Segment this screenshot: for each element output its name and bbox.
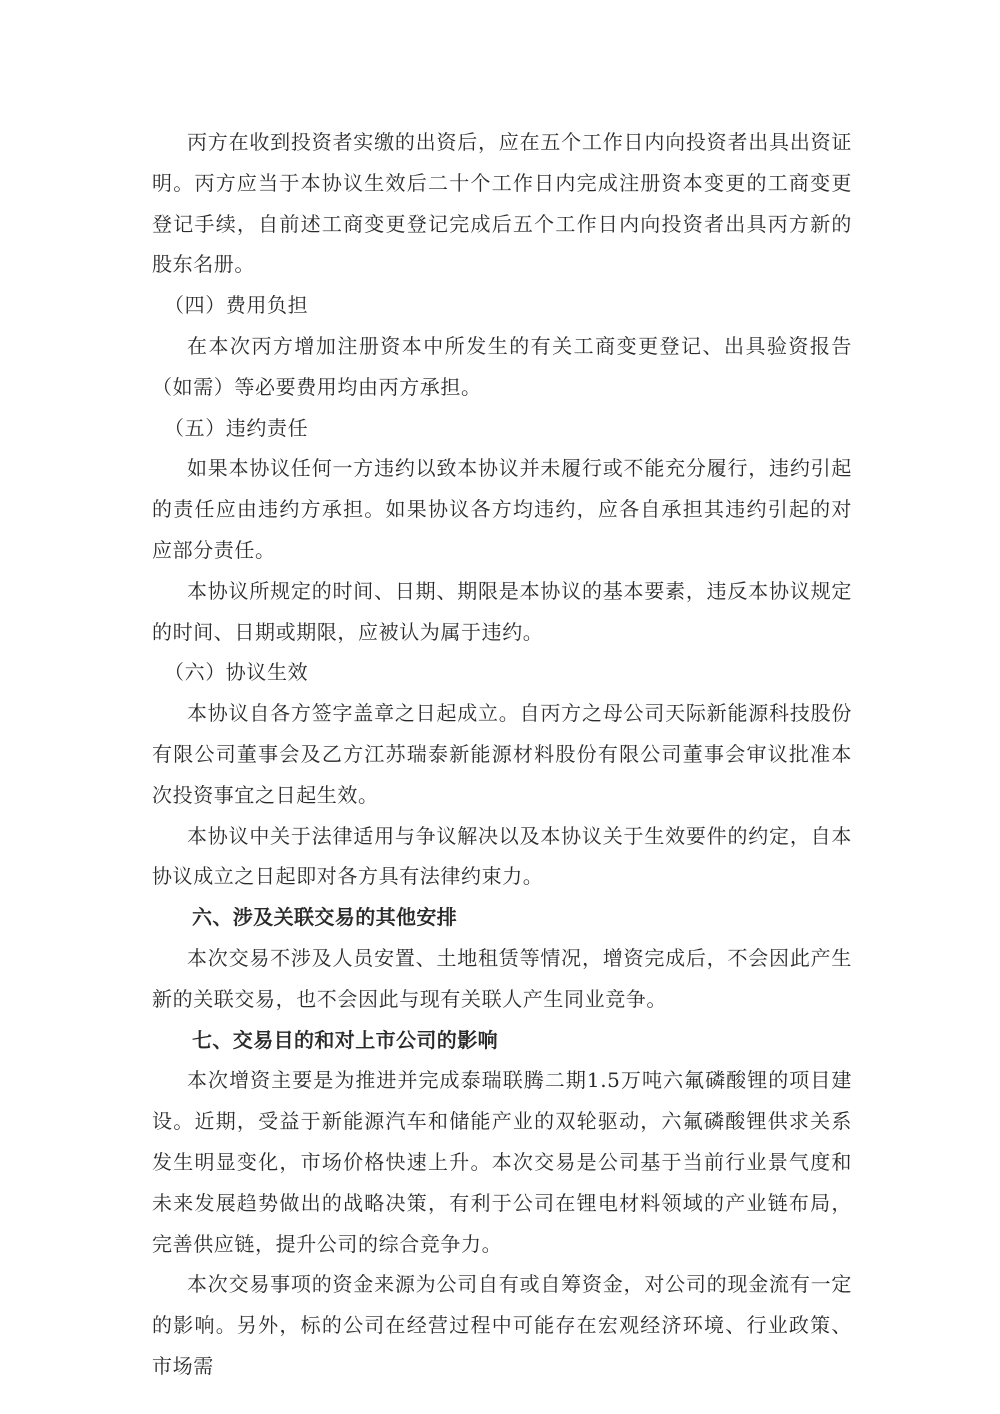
- subheading-expense-burden: （四）费用负担: [152, 285, 852, 326]
- paragraph-time-essential: 本协议所规定的时间、日期、期限是本协议的基本要素，违反本协议规定的时间、日期或期…: [152, 571, 852, 653]
- paragraph-breach-liability: 如果本协议任何一方违约以致本协议并未履行或不能充分履行，违约引起的责任应由违约方…: [152, 448, 852, 570]
- section-heading-related-transactions: 六、涉及关联交易的其他安排: [152, 897, 852, 938]
- paragraph-related-transactions: 本次交易不涉及人员安置、土地租赁等情况，增资完成后，不会因此产生新的关联交易，也…: [152, 938, 852, 1020]
- document-page: 丙方在收到投资者实缴的出资后，应在五个工作日内向投资者出具出资证明。丙方应当于本…: [152, 122, 852, 1387]
- section-heading-transaction-purpose: 七、交易目的和对上市公司的影响: [152, 1020, 852, 1061]
- subheading-agreement-effectiveness: （六）协议生效: [152, 652, 852, 693]
- paragraph-agreement-establishment: 本协议自各方签字盖章之日起成立。自丙方之母公司天际新能源科技股份有限公司董事会及…: [152, 693, 852, 815]
- paragraph-capital-contribution-proof: 丙方在收到投资者实缴的出资后，应在五个工作日内向投资者出具出资证明。丙方应当于本…: [152, 122, 852, 285]
- paragraph-legal-binding: 本协议中关于法律适用与争议解决以及本协议关于生效要件的约定，自本协议成立之日起即…: [152, 816, 852, 898]
- paragraph-transaction-purpose: 本次增资主要是为推进并完成泰瑞联腾二期1.5万吨六氟磷酸锂的项目建设。近期，受益…: [152, 1060, 852, 1264]
- paragraph-expense-burden: 在本次丙方增加注册资本中所发生的有关工商变更登记、出具验资报告（如需）等必要费用…: [152, 326, 852, 408]
- paragraph-funding-source: 本次交易事项的资金来源为公司自有或自筹资金，对公司的现金流有一定的影响。另外，标…: [152, 1264, 852, 1386]
- subheading-breach-liability: （五）违约责任: [152, 408, 852, 449]
